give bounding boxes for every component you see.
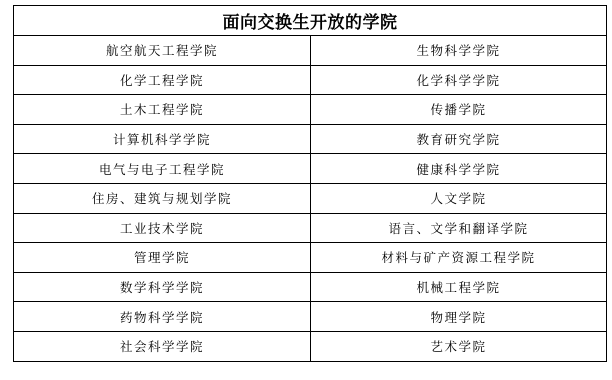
table-row: 数学科学学院 机械工程学院 — [14, 272, 607, 302]
college-cell-left: 计算机科学学院 — [14, 124, 311, 154]
college-cell-left: 工业技术学院 — [14, 213, 311, 243]
table-row: 土木工程学院 传播学院 — [14, 95, 607, 125]
college-cell-right: 生物科学学院 — [311, 36, 607, 66]
college-cell-left: 社会科学学院 — [14, 331, 311, 361]
table-row: 药物科学学院 物理学院 — [14, 302, 607, 332]
college-cell-left: 管理学院 — [14, 243, 311, 273]
table-row: 住房、建筑与规划学院 人文学院 — [14, 183, 607, 213]
table-title-row: 面向交换生开放的学院 — [14, 6, 607, 36]
college-cell-right: 健康科学学院 — [311, 154, 607, 184]
table-row: 工业技术学院 语言、文学和翻译学院 — [14, 213, 607, 243]
college-cell-right: 物理学院 — [311, 302, 607, 332]
college-cell-left: 数学科学学院 — [14, 272, 311, 302]
table-row: 社会科学学院 艺术学院 — [14, 331, 607, 361]
college-cell-right: 化学科学学院 — [311, 65, 607, 95]
colleges-table: 面向交换生开放的学院 航空航天工程学院 生物科学学院 化学工程学院 化学科学学院… — [13, 5, 607, 362]
college-cell-right: 传播学院 — [311, 95, 607, 125]
college-cell-left: 航空航天工程学院 — [14, 36, 311, 66]
table-row: 管理学院 材料与矿产资源工程学院 — [14, 243, 607, 273]
college-cell-left: 药物科学学院 — [14, 302, 311, 332]
college-cell-left: 住房、建筑与规划学院 — [14, 183, 311, 213]
college-cell-left: 化学工程学院 — [14, 65, 311, 95]
table-row: 电气与电子工程学院 健康科学学院 — [14, 154, 607, 184]
table-row: 航空航天工程学院 生物科学学院 — [14, 36, 607, 66]
college-cell-right: 机械工程学院 — [311, 272, 607, 302]
college-cell-right: 人文学院 — [311, 183, 607, 213]
college-cell-right: 教育研究学院 — [311, 124, 607, 154]
table-title: 面向交换生开放的学院 — [14, 6, 607, 36]
college-cell-right: 材料与矿产资源工程学院 — [311, 243, 607, 273]
table-row: 计算机科学学院 教育研究学院 — [14, 124, 607, 154]
college-cell-right: 语言、文学和翻译学院 — [311, 213, 607, 243]
table-row: 化学工程学院 化学科学学院 — [14, 65, 607, 95]
college-cell-left: 土木工程学院 — [14, 95, 311, 125]
college-cell-right: 艺术学院 — [311, 331, 607, 361]
college-cell-left: 电气与电子工程学院 — [14, 154, 311, 184]
